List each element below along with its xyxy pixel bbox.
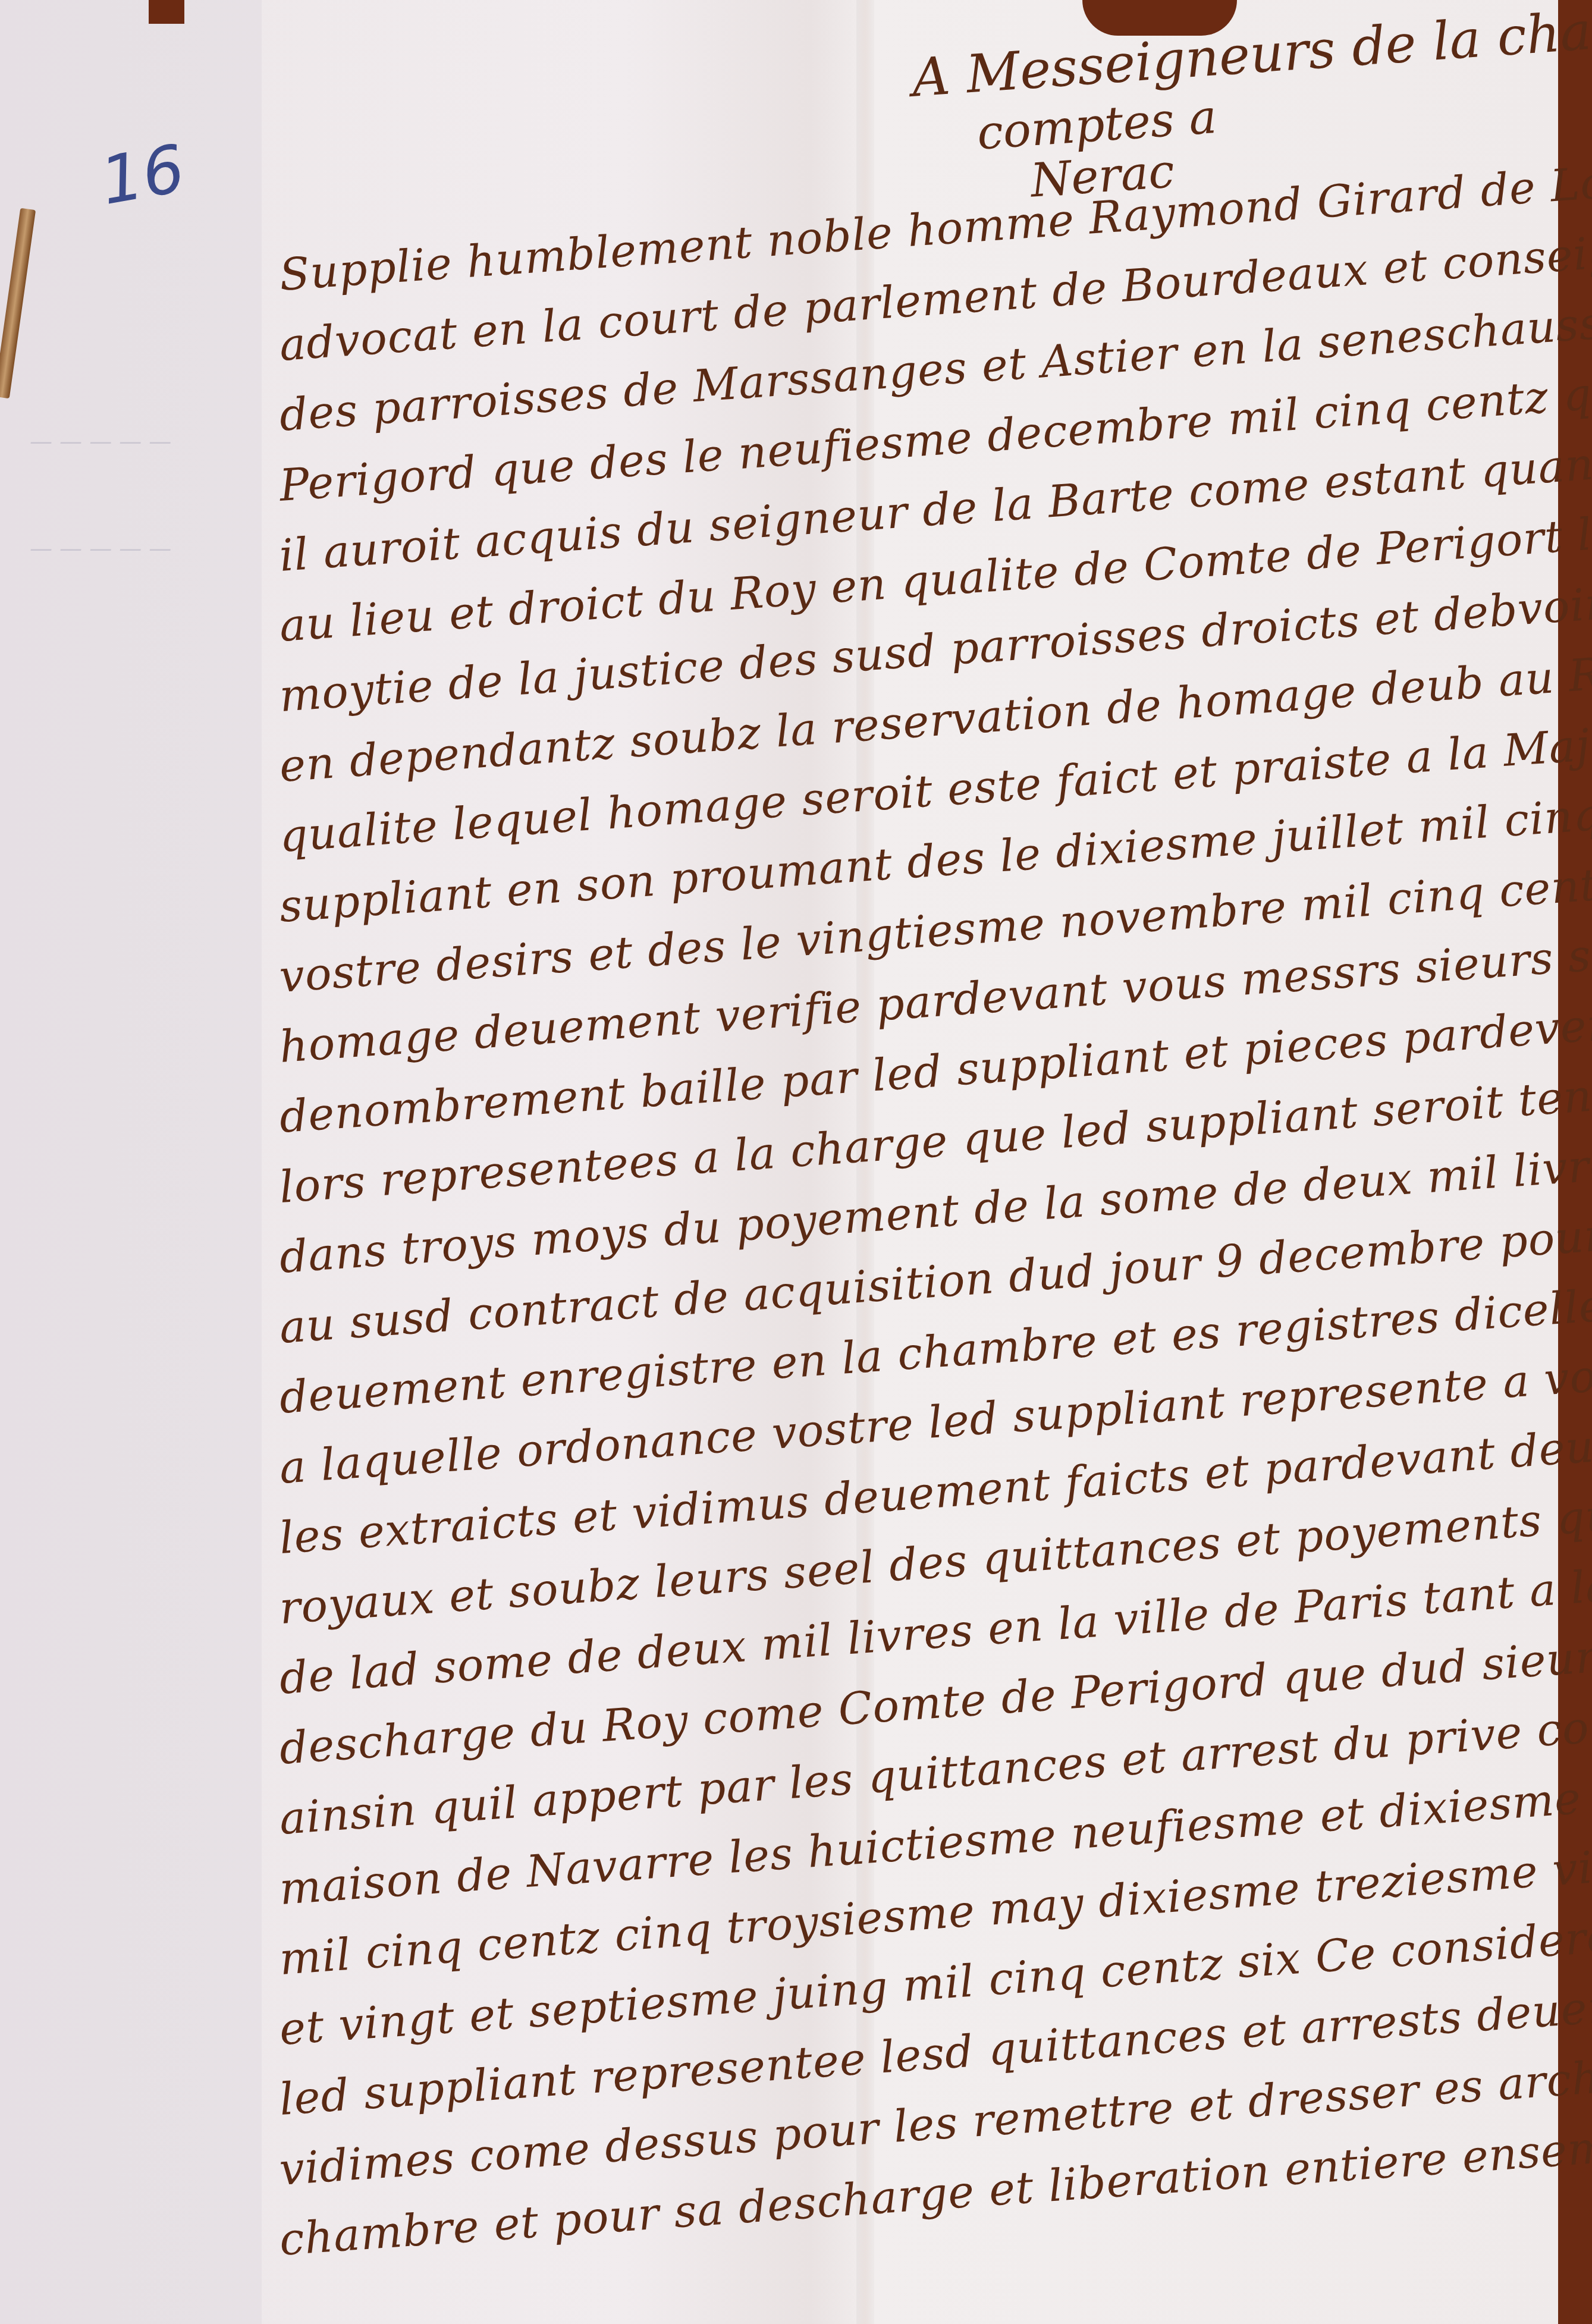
folio-number: 16 [95,130,190,219]
bleed-through-text: — — — — — [30,428,171,454]
torn-edge [149,0,184,24]
left-margin-underlying-sheet [0,0,262,2324]
bleed-through-text: — — — — — [30,535,171,561]
